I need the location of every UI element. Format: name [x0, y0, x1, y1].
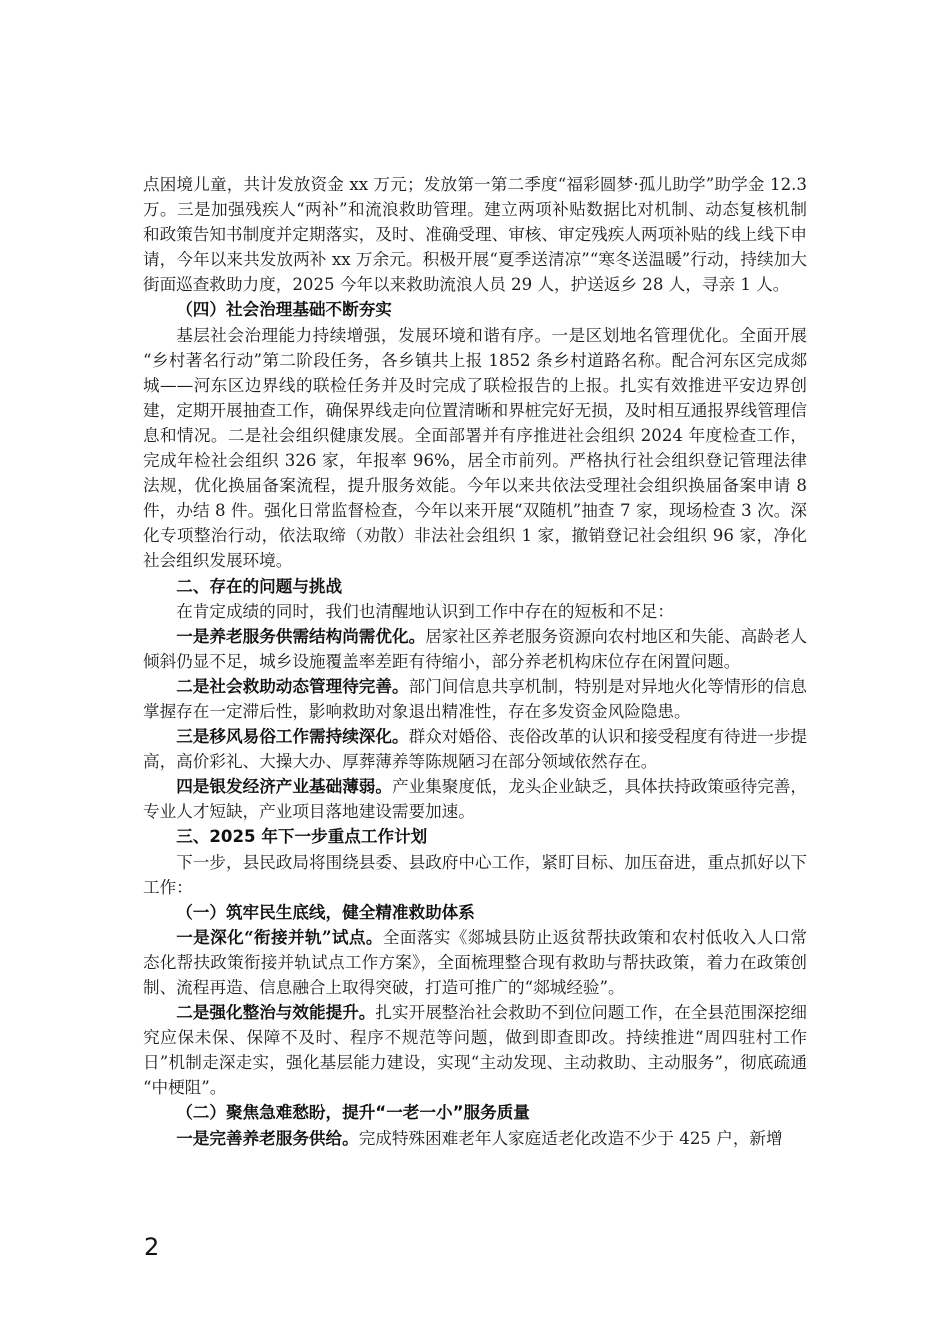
- paragraph: 一是养老服务供需结构尚需优化。居家社区养老服务资源向农村地区和失能、高龄老人倾斜…: [143, 624, 807, 674]
- paragraph: 四是银发经济产业基础薄弱。产业集聚度低，龙头企业缺乏，具体扶持政策亟待完善，专业…: [143, 774, 807, 824]
- paragraph-lead: 二是社会救助动态管理待完善。: [176, 676, 408, 696]
- paragraph-lead: 一是养老服务供需结构尚需优化。: [176, 626, 425, 646]
- paragraph-lead: 三是移风易俗工作需持续深化。: [176, 726, 408, 746]
- paragraph-text: 在肯定成绩的同时，我们也清醒地认识到工作中存在的短板和不足：: [176, 602, 674, 621]
- paragraph: 在肯定成绩的同时，我们也清醒地认识到工作中存在的短板和不足：: [143, 599, 807, 624]
- paragraph-text: 下一步，县民政局将围绕县委、县政府中心工作，紧盯目标、加压奋进，重点抓好以下工作…: [143, 853, 807, 897]
- paragraph: 二是社会救助动态管理待完善。部门间信息共享机制，特别是对异地火化等情形的信息掌握…: [143, 674, 807, 724]
- paragraph-text: 三、2025 年下一步重点工作计划: [176, 827, 427, 846]
- page-number: 2: [144, 1232, 159, 1262]
- paragraph-lead: 一是完善养老服务供给。: [176, 1128, 359, 1148]
- paragraph-lead: 四是银发经济产业基础薄弱。: [176, 776, 392, 796]
- paragraph: 三是移风易俗工作需持续深化。群众对婚俗、丧俗改革的认识和接受程度有待进一步提高，…: [143, 724, 807, 774]
- paragraph-text: （一）筑牢民生底线，健全精准救助体系: [176, 903, 475, 922]
- document-content: 点困境儿童，共计发放资金 xx 万元；发放第一第二季度“福彩圆梦·孤儿助学”助学…: [143, 172, 807, 1151]
- document-page: 点困境儿童，共计发放资金 xx 万元；发放第一第二季度“福彩圆梦·孤儿助学”助学…: [0, 0, 950, 1344]
- paragraph: 二是强化整治与效能提升。扎实开展整治社会救助不到位问题工作，在全县范围深挖细究应…: [143, 1000, 807, 1100]
- paragraph-lead: 二是强化整治与效能提升。: [176, 1002, 375, 1022]
- paragraph: 下一步，县民政局将围绕县委、县政府中心工作，紧盯目标、加压奋进，重点抓好以下工作…: [143, 850, 807, 900]
- paragraph-text: 二、存在的问题与挑战: [176, 577, 342, 596]
- paragraph: 一是完善养老服务供给。完成特殊困难老年人家庭适老化改造不少于 425 户，新增: [143, 1126, 807, 1151]
- paragraph-text: （四）社会治理基础不断夯实: [176, 300, 392, 319]
- paragraph: 点困境儿童，共计发放资金 xx 万元；发放第一第二季度“福彩圆梦·孤儿助学”助学…: [143, 172, 807, 297]
- paragraph-text: 完成特殊困难老年人家庭适老化改造不少于 425 户，新增: [359, 1129, 783, 1148]
- paragraph-text: （二）聚焦急难愁盼，提升“一老一小”服务质量: [176, 1103, 530, 1122]
- paragraph-text: 基层社会治理能力持续增强，发展环境和谐有序。一是区划地名管理优化。全面开展“乡村…: [143, 326, 807, 571]
- section-heading: 二、存在的问题与挑战: [143, 574, 807, 599]
- paragraph-text: 点困境儿童，共计发放资金 xx 万元；发放第一第二季度“福彩圆梦·孤儿助学”助学…: [143, 175, 807, 294]
- section-heading: 三、2025 年下一步重点工作计划: [143, 824, 807, 849]
- section-heading: （二）聚焦急难愁盼，提升“一老一小”服务质量: [143, 1100, 807, 1125]
- section-heading: （四）社会治理基础不断夯实: [143, 297, 807, 322]
- paragraph: 一是深化“衔接并轨”试点。全面落实《郯城县防止返贫帮扶政策和农村低收入人口常态化…: [143, 925, 807, 1000]
- paragraph: 基层社会治理能力持续增强，发展环境和谐有序。一是区划地名管理优化。全面开展“乡村…: [143, 323, 807, 574]
- paragraph-lead: 一是深化“衔接并轨”试点。: [176, 927, 383, 947]
- section-heading: （一）筑牢民生底线，健全精准救助体系: [143, 900, 807, 925]
